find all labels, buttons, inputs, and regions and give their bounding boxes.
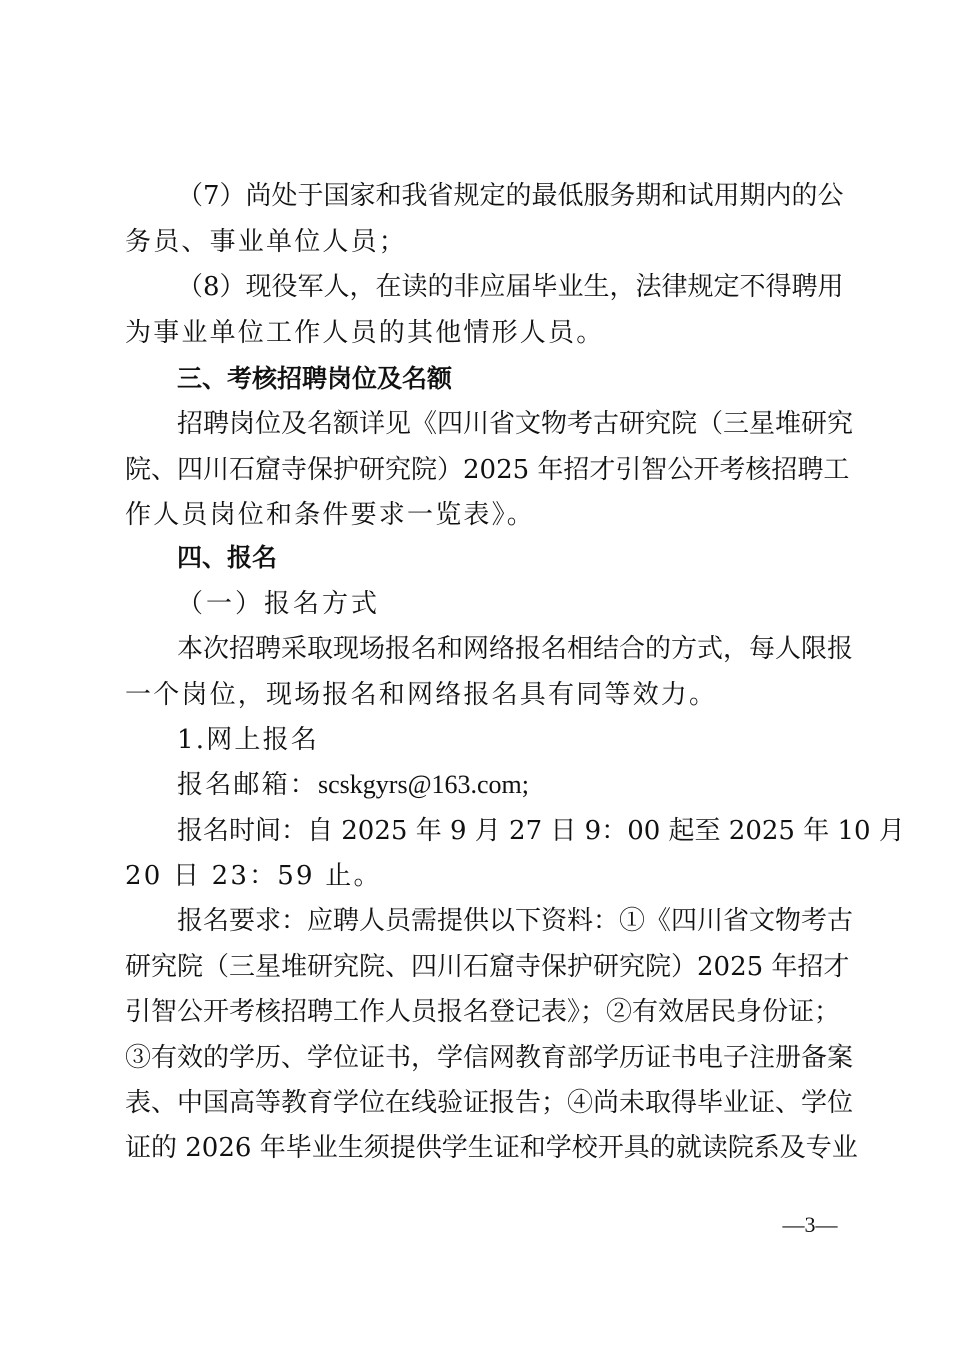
section-3-line-1: 招聘岗位及名额详见《四川省文物考古研究院（三星堆研究 <box>177 409 837 439</box>
paragraph-7-line-1: （7）尚处于国家和我省规定的最低服务期和试用期内的公 <box>177 181 837 211</box>
paragraph-7-line-2: 务员、事业单位人员； <box>125 227 837 257</box>
section-3-heading: 三、考核招聘岗位及名额 <box>177 364 837 394</box>
registration-time-line-2: 20 日 23：59 止。 <box>125 861 837 891</box>
section-3-line-3: 作人员岗位和条件要求一览表》。 <box>125 500 837 530</box>
online-registration-title: 1.网上报名 <box>177 725 837 755</box>
email-label: 报名邮箱： <box>177 770 318 800</box>
registration-time-line-1: 报名时间：自 2025 年 9 月 27 日 9：00 起至 2025 年 10… <box>177 816 837 846</box>
paragraph-8-line-1: （8）现役军人，在读的非应届毕业生，法律规定不得聘用 <box>177 272 837 302</box>
requirements-line-6: 证的 2026 年毕业生须提供学生证和学校开具的就读院系及专业 <box>125 1133 837 1163</box>
requirements-line-3: 引智公开考核招聘工作人员报名登记表》；②有效居民身份证； <box>125 997 837 1027</box>
paragraph-8-line-2: 为事业单位工作人员的其他情形人员。 <box>125 318 837 348</box>
section-4-intro-line-2: 一个岗位，现场报名和网络报名具有同等效力。 <box>125 680 837 710</box>
section-4-heading: 四、报名 <box>177 543 837 573</box>
requirements-line-1: 报名要求：应聘人员需提供以下资料：①《四川省文物考古 <box>177 906 837 936</box>
requirements-line-2: 研究院（三星堆研究院、四川石窟寺保护研究院）2025 年招才 <box>125 952 837 982</box>
email-address: scskgyrs@163.com; <box>318 770 529 799</box>
section-4-intro-line-1: 本次招聘采取现场报名和网络报名相结合的方式，每人限报 <box>177 634 837 664</box>
requirements-line-5: 表、中国高等教育学位在线验证报告；④尚未取得毕业证、学位 <box>125 1088 837 1118</box>
document-page: （7）尚处于国家和我省规定的最低服务期和试用期内的公 务员、事业单位人员； （8… <box>0 0 960 1357</box>
section-4-subheading: （一）报名方式 <box>177 589 837 619</box>
registration-email-line: 报名邮箱：scskgyrs@163.com; <box>177 770 837 800</box>
requirements-line-4: ③有效的学历、学位证书，学信网教育部学历证书电子注册备案 <box>125 1043 837 1073</box>
section-3-line-2: 院、四川石窟寺保护研究院）2025 年招才引智公开考核招聘工 <box>125 455 837 485</box>
page-number: —3— <box>780 1212 840 1238</box>
